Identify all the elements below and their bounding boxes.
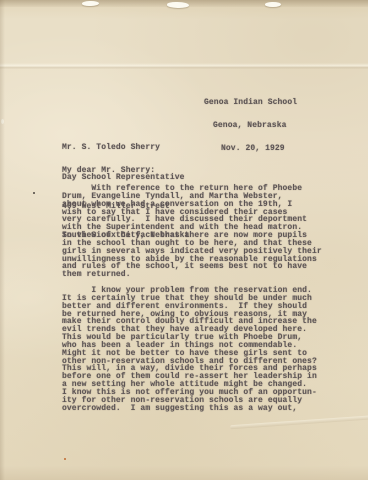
paper-tear-mark bbox=[265, 2, 281, 7]
ink-speck bbox=[33, 192, 35, 194]
fold-crease bbox=[0, 63, 368, 69]
letter-paragraph-1: With reference to the return here of Pho… bbox=[62, 185, 322, 279]
recipient-name: Mr. S. Toledo Sherry bbox=[62, 143, 189, 153]
school-name: Genoa Indian School bbox=[204, 99, 297, 107]
school-location: Genoa, Nebraska bbox=[213, 122, 297, 130]
letter-paragraph-2: I know your problem from the reservation… bbox=[62, 287, 317, 413]
paper-tear-mark bbox=[167, 2, 189, 8]
paper-speck bbox=[1, 119, 4, 124]
salutation: My dear Mr. Sherry: bbox=[62, 167, 155, 175]
letter-date: Nov. 20, 1929 bbox=[221, 145, 297, 153]
scanned-letter-page: Genoa Indian School Genoa, Nebraska Nov.… bbox=[0, 0, 368, 480]
stain-speck bbox=[64, 458, 66, 460]
fold-crease bbox=[230, 415, 368, 429]
paper-tear-mark bbox=[82, 1, 99, 7]
typed-text-line: them returned. bbox=[62, 271, 322, 279]
typed-text-line: overcrowded. I am suggesting this as a w… bbox=[62, 405, 317, 413]
letterhead-block: Genoa Indian School Genoa, Nebraska Nov.… bbox=[204, 84, 297, 168]
